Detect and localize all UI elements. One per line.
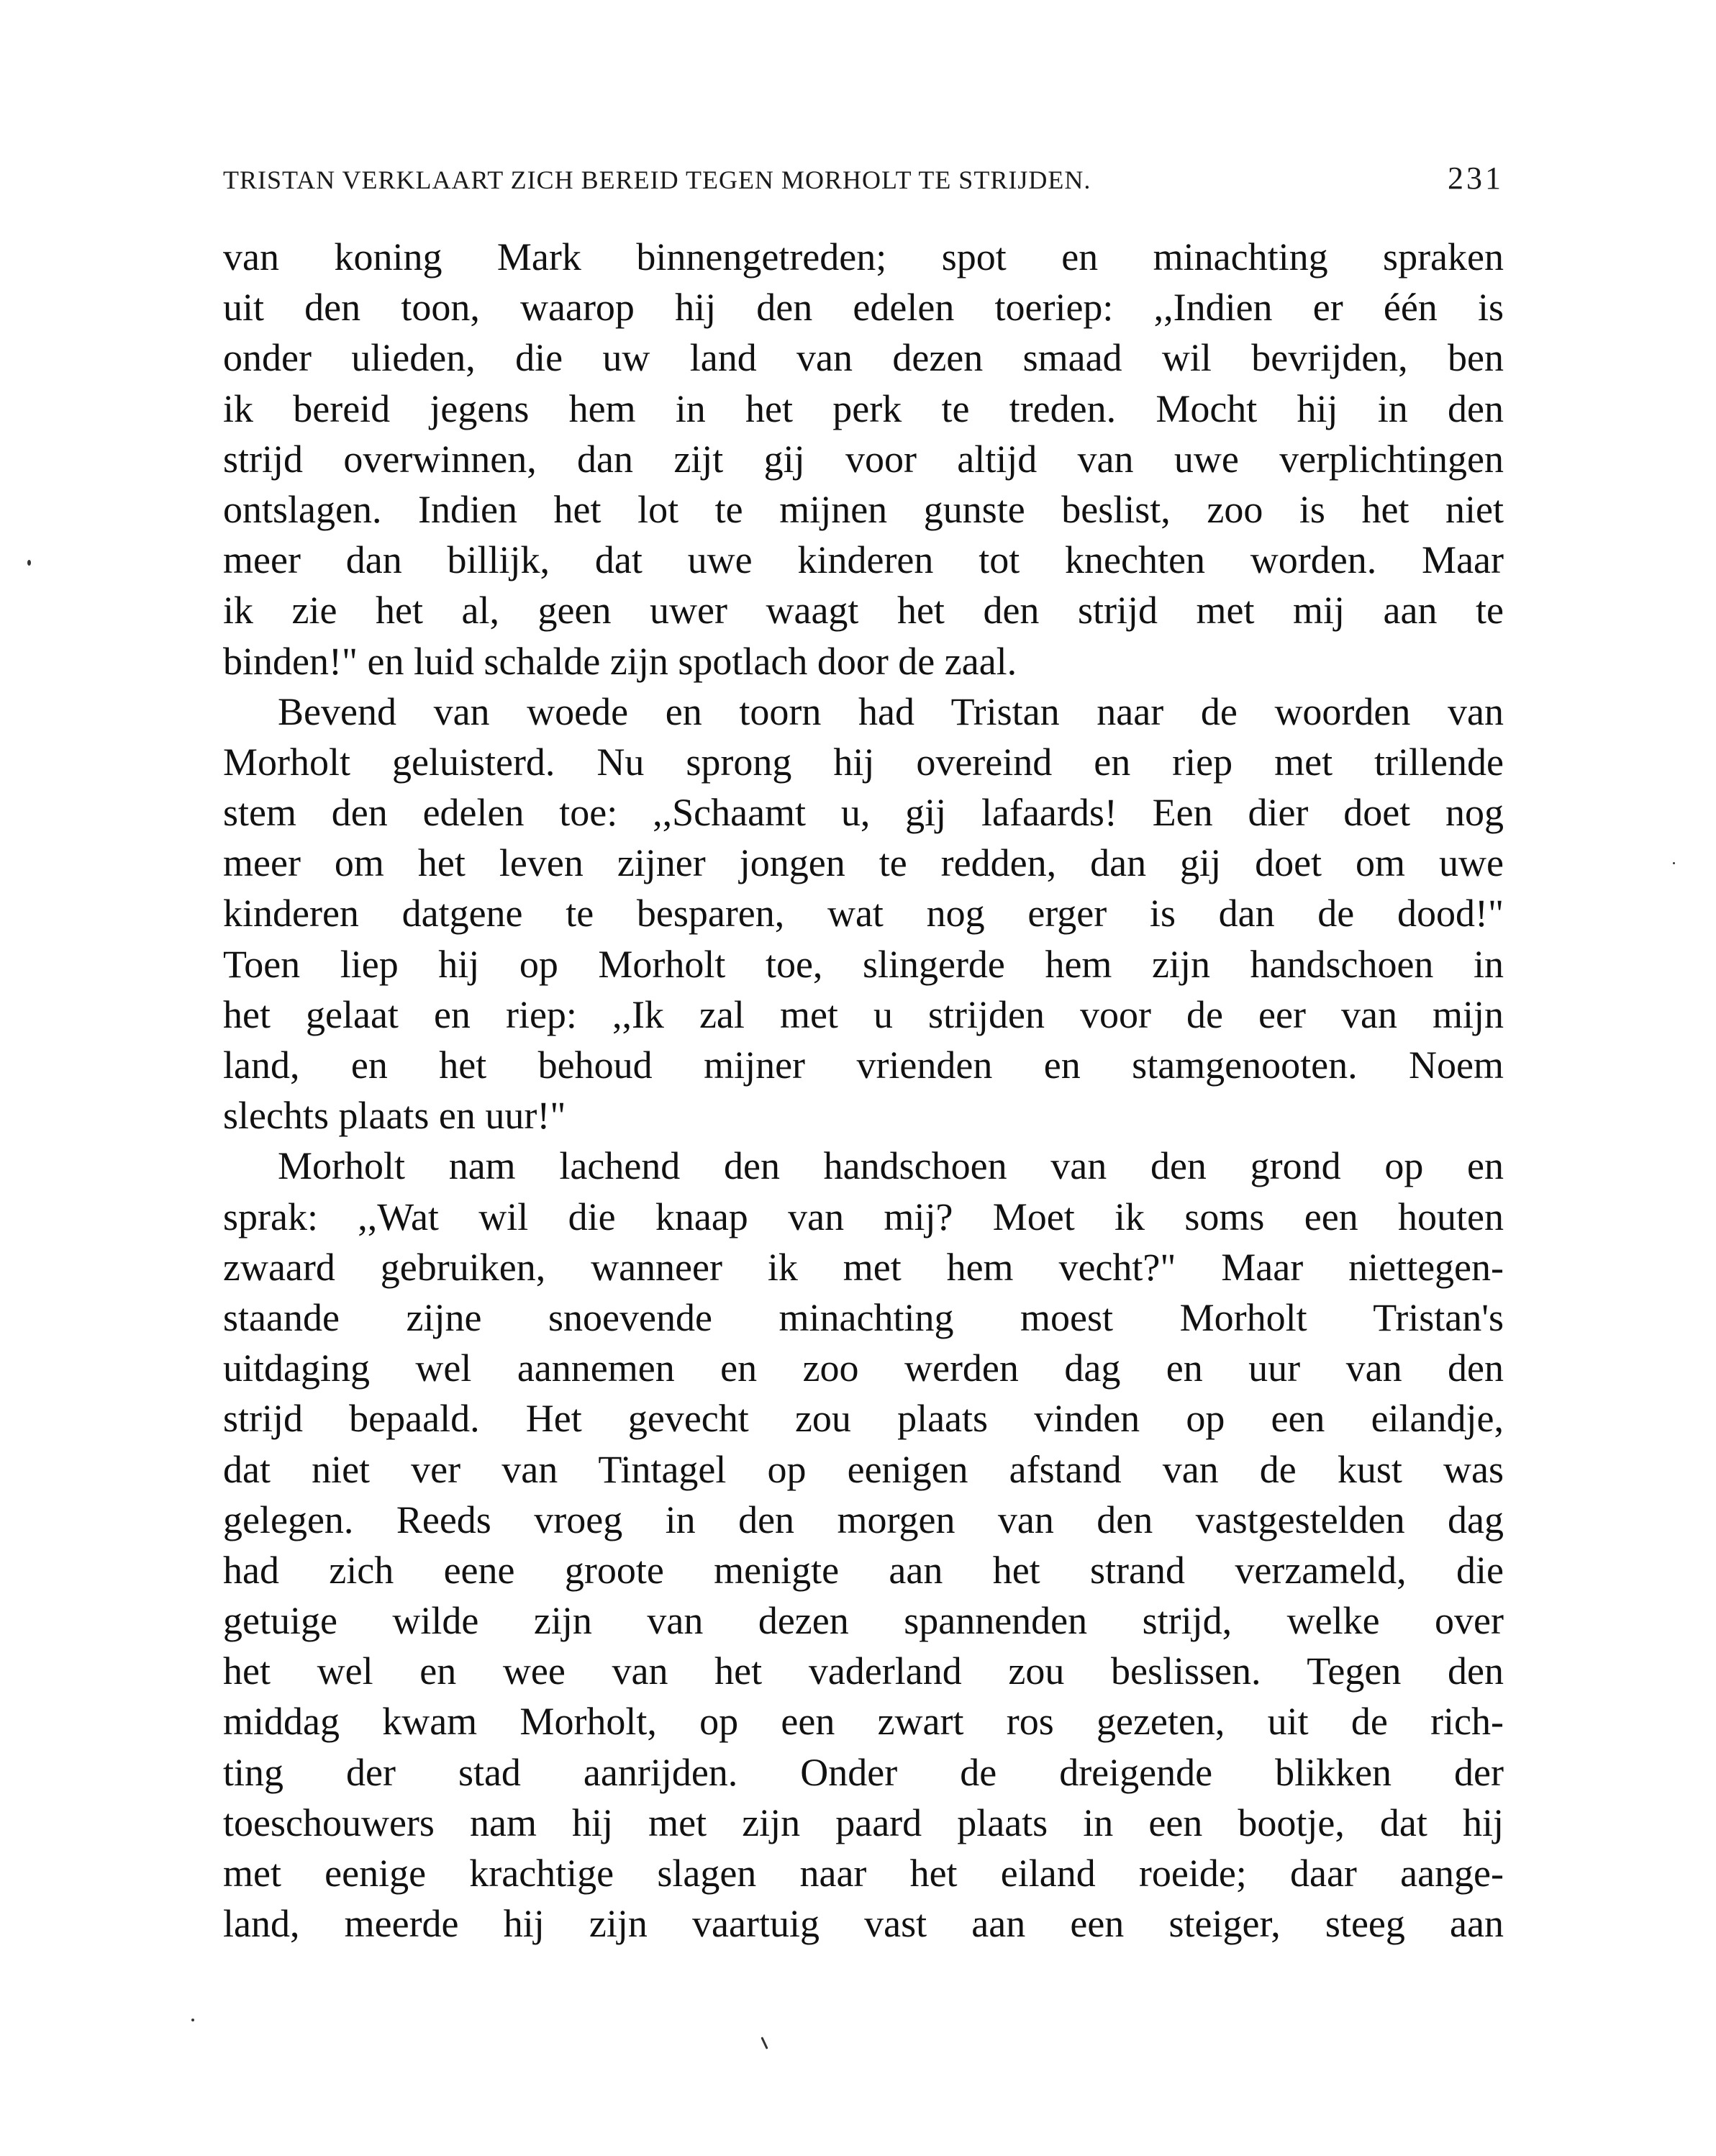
text-line: staande zijne snoevende minachting moest…: [223, 1292, 1504, 1343]
scan-speck: [1673, 862, 1675, 864]
text-line: van koning Mark binnengetreden; spot en …: [223, 232, 1504, 282]
text-line: stem den edelen toe: ,,Schaamt u, gij la…: [223, 787, 1504, 838]
text-line: ontslagen. Indien het lot te mijnen guns…: [223, 484, 1504, 535]
running-header: TRISTAN VERKLAART ZICH BEREID TEGEN MORH…: [223, 160, 1504, 196]
text-line: strijd bepaald. Het gevecht zou plaats v…: [223, 1393, 1504, 1444]
body-text: van koning Mark binnengetreden; spot en …: [223, 232, 1504, 1949]
scan-speck: [27, 560, 31, 566]
text-line: gelegen. Reeds vroeg in den morgen van d…: [223, 1495, 1504, 1545]
text-line: binden!" en luid schalde zijn spotlach d…: [223, 636, 1504, 687]
text-line: meer om het leven zijner jongen te redde…: [223, 838, 1504, 888]
text-line: ting der stad aanrijden. Onder de dreige…: [223, 1747, 1504, 1798]
scan-speck: [761, 2037, 768, 2049]
text-line: had zich eene groote menigte aan het str…: [223, 1545, 1504, 1595]
text-line: het gelaat en riep: ,,Ik zal met u strij…: [223, 989, 1504, 1040]
text-line: uit den toon, waarop hij den edelen toer…: [223, 282, 1504, 332]
text-line: strijd overwinnen, dan zijt gij voor alt…: [223, 434, 1504, 484]
text-line: onder ulieden, die uw land van dezen sma…: [223, 332, 1504, 383]
running-title: TRISTAN VERKLAART ZICH BEREID TEGEN MORH…: [223, 165, 1091, 195]
text-line: land, meerde hij zijn vaartuig vast aan …: [223, 1898, 1504, 1949]
text-line: Morholt nam lachend den handschoen van d…: [223, 1141, 1504, 1191]
text-line: sprak: ,,Wat wil die knaap van mij? Moet…: [223, 1192, 1504, 1242]
text-line: zwaard gebruiken, wanneer ik met hem vec…: [223, 1242, 1504, 1292]
text-line: Bevend van woede en toorn had Tristan na…: [223, 687, 1504, 737]
text-line: Morholt geluisterd. Nu sprong hij overei…: [223, 737, 1504, 787]
text-line: slechts plaats en uur!": [223, 1090, 1504, 1141]
text-line: meer dan billijk, dat uwe kinderen tot k…: [223, 535, 1504, 585]
text-line: land, en het behoud mijner vrienden en s…: [223, 1040, 1504, 1090]
text-line: Toen liep hij op Morholt toe, slingerde …: [223, 939, 1504, 989]
text-line: dat niet ver van Tintagel op eenigen afs…: [223, 1444, 1504, 1495]
text-line: kinderen datgene te besparen, wat nog er…: [223, 888, 1504, 938]
text-line: met eenige krachtige slagen naar het eil…: [223, 1848, 1504, 1898]
text-line: getuige wilde zijn van dezen spannenden …: [223, 1595, 1504, 1646]
text-line: middag kwam Morholt, op een zwart ros ge…: [223, 1696, 1504, 1747]
text-line: ik bereid jegens hem in het perk te tred…: [223, 384, 1504, 434]
page-number: 231: [1448, 160, 1504, 196]
text-line: toeschouwers nam hij met zijn paard plaa…: [223, 1798, 1504, 1848]
scan-speck: [191, 2019, 194, 2021]
text-line: ik zie het al, geen uwer waagt het den s…: [223, 585, 1504, 635]
text-line: uitdaging wel aannemen en zoo werden dag…: [223, 1343, 1504, 1393]
text-line: het wel en wee van het vaderland zou bes…: [223, 1646, 1504, 1696]
